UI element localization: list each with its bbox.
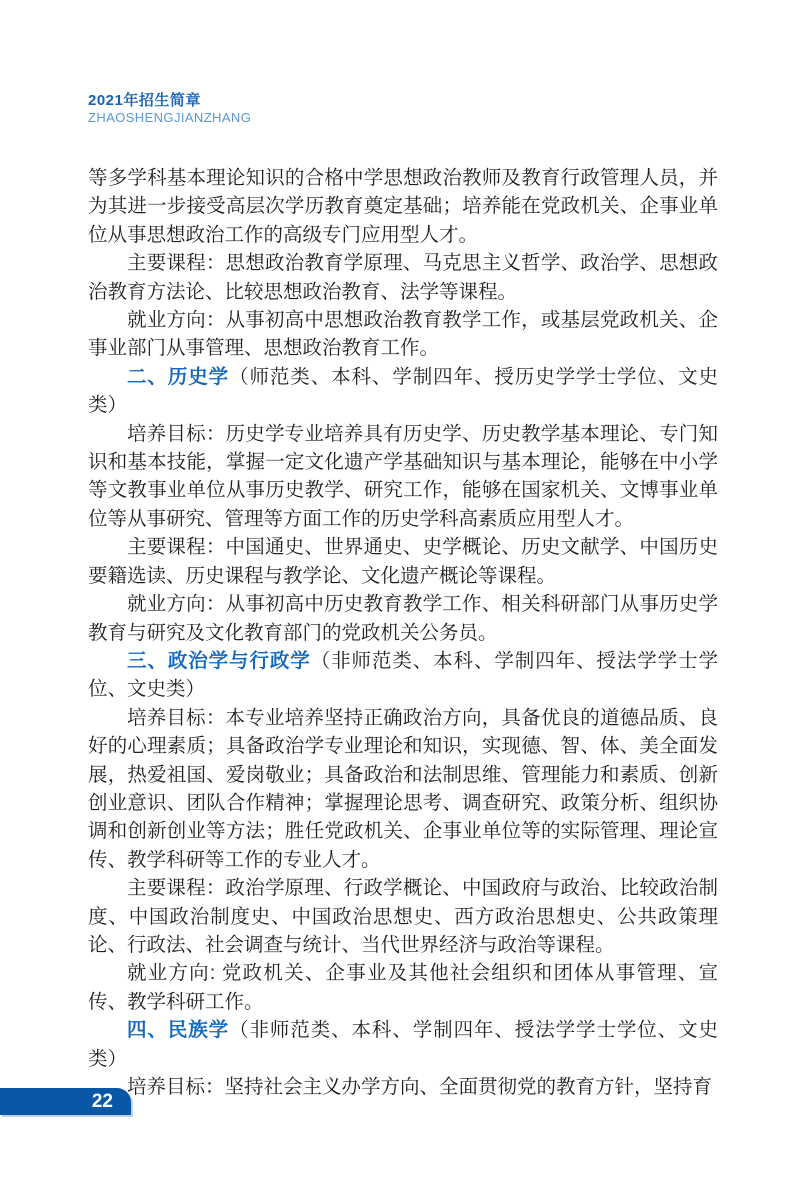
page-header: 2021年招生简章 ZHAOSHENGJIANZHANG [88,92,251,125]
paragraph: 就业方向：从事初高中历史教育教学工作、相关科研部门从事历史学教育与研究及文化教育… [88,590,718,647]
paragraph-text: 主要课程：中国通史、世界通史、史学概论、历史文献学、中国历史要籍选读、历史课程与… [88,536,718,586]
paragraph: 培养目标：本专业培养坚持正确政治方向，具备优良的道德品质、良好的心理素质；具备政… [88,704,718,874]
paragraph-text: 就业方向：从事初高中思想政治教育教学工作，或基层党政机关、企事业部门从事管理、思… [88,309,718,359]
section-heading: 三、政治学与行政学 [127,650,311,672]
paragraph: 培养目标：坚持社会主义办学方向、全面贯彻党的教育方针，坚持育 [88,1073,718,1101]
paragraph: 培养目标：历史学专业培养具有历史学、历史教学基本理论、专门知识和基本技能，掌握一… [88,420,718,534]
paragraph-text: 就业方向: 党政机关、企事业及其他社会组织和团体从事管理、宣传、教学科研工作。 [88,962,718,1012]
paragraph: 三、政治学与行政学（非师范类、本科、学制四年、授法学学士学位、文史类） [88,647,718,704]
paragraph-text: 主要课程：政治学原理、行政学概论、中国政府与政治、比较政治制度、中国政治制度史、… [88,877,718,956]
document-body: 等多学科基本理论知识的合格中学思想政治教师及教育行政管理人员，并为其进一步接受高… [88,164,718,1101]
paragraph-text: 培养目标：历史学专业培养具有历史学、历史教学基本理论、专门知识和基本技能，掌握一… [88,423,718,530]
section-heading: 四、民族学 [127,1019,229,1041]
paragraph: 主要课程：中国通史、世界通史、史学概论、历史文献学、中国历史要籍选读、历史课程与… [88,533,718,590]
paragraph: 等多学科基本理论知识的合格中学思想政治教师及教育行政管理人员，并为其进一步接受高… [88,164,718,249]
paragraph: 就业方向: 党政机关、企事业及其他社会组织和团体从事管理、宣传、教学科研工作。 [88,959,718,1016]
paragraph: 主要课程：思想政治教育学原理、马克思主义哲学、政治学、思想政治教育方法论、比较思… [88,249,718,306]
paragraph-text: 培养目标：坚持社会主义办学方向、全面贯彻党的教育方针，坚持育 [127,1076,712,1098]
brochure-page: 2021年招生简章 ZHAOSHENGJIANZHANG 等多学科基本理论知识的… [0,0,805,1191]
paragraph-text: 等多学科基本理论知识的合格中学思想政治教师及教育行政管理人员，并为其进一步接受高… [88,167,718,246]
brochure-title-pinyin: ZHAOSHENGJIANZHANG [88,110,251,125]
paragraph: 四、民族学（非师范类、本科、学制四年、授法学学士学位、文史类） [88,1016,718,1073]
paragraph-text: 培养目标：本专业培养坚持正确政治方向，具备优良的道德品质、良好的心理素质；具备政… [88,707,718,871]
paragraph-text: 主要课程：思想政治教育学原理、马克思主义哲学、政治学、思想政治教育方法论、比较思… [88,252,718,302]
paragraph: 就业方向：从事初高中思想政治教育教学工作，或基层党政机关、企事业部门从事管理、思… [88,306,718,363]
page-number: 22 [0,1088,131,1115]
section-heading: 二、历史学 [127,366,229,388]
paragraph-text: 就业方向：从事初高中历史教育教学工作、相关科研部门从事历史学教育与研究及文化教育… [88,593,718,643]
paragraph: 二、历史学（师范类、本科、学制四年、授历史学学士学位、文史类） [88,363,718,420]
page-number-tab: 22 [0,1088,131,1115]
paragraph: 主要课程：政治学原理、行政学概论、中国政府与政治、比较政治制度、中国政治制度史、… [88,874,718,959]
brochure-title: 2021年招生简章 [88,92,251,109]
